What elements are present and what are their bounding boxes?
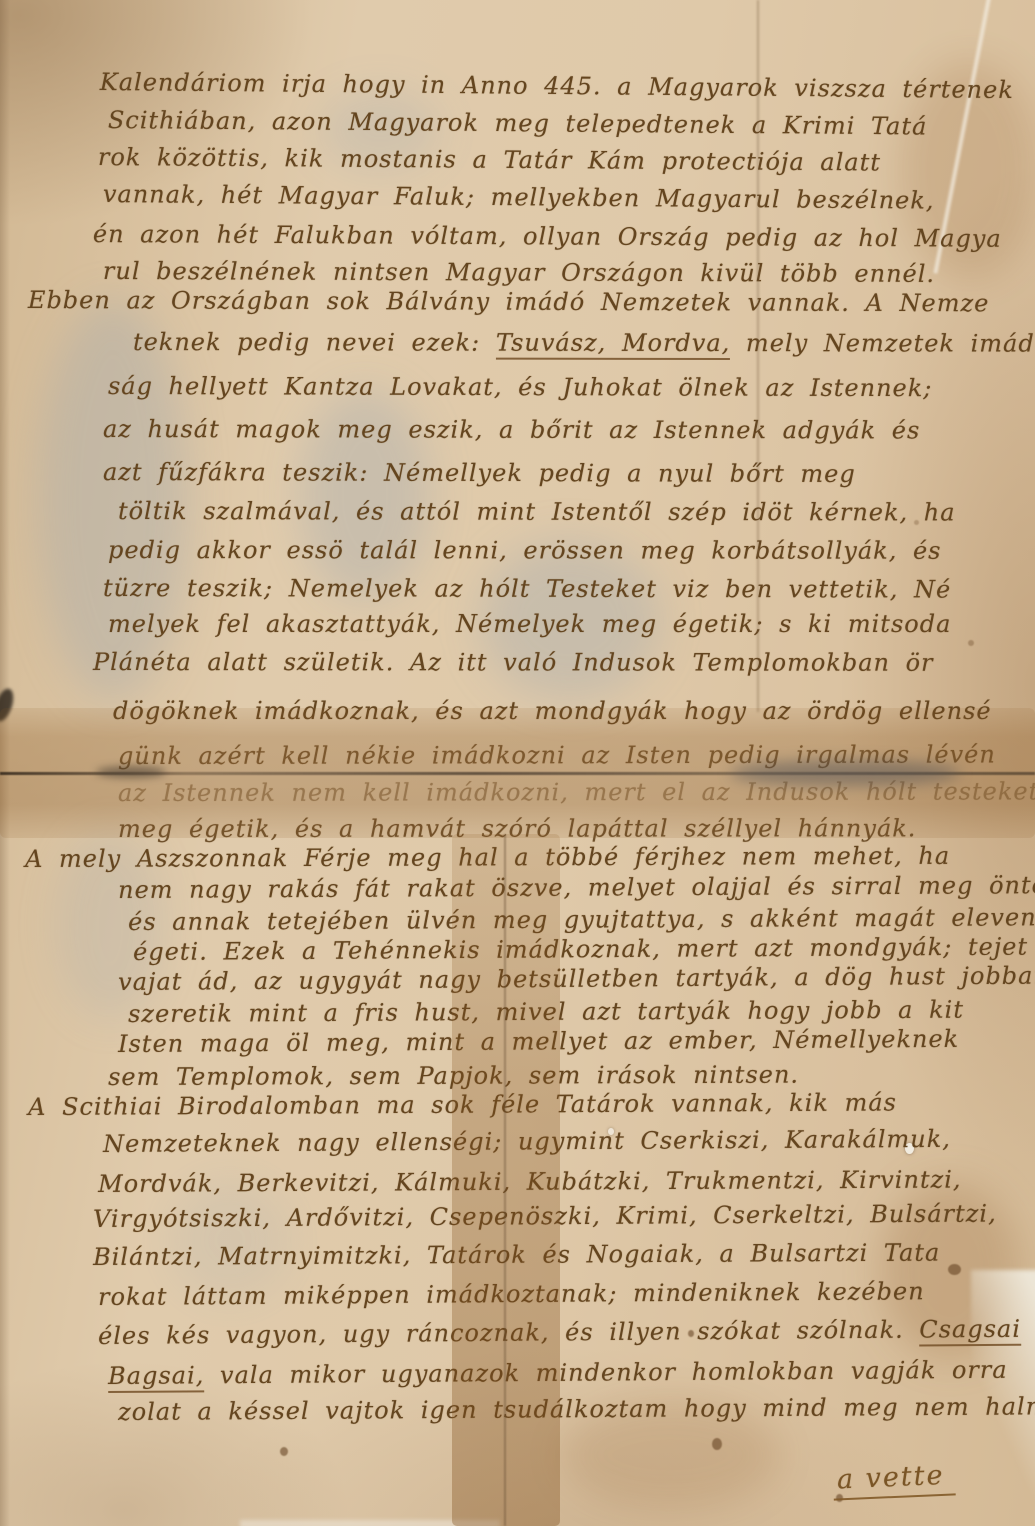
text-segment: rok közöttis, kik mostanis a Tatár Kám p… xyxy=(98,143,881,176)
manuscript-line: Scithiában, azon Magyarok meg telepedten… xyxy=(108,106,928,140)
text-segment: Plánéta alatt születik. Az itt való Indu… xyxy=(93,648,934,677)
crease-smudge xyxy=(96,766,166,778)
text-segment: pedig akkor essö talál lenni, erössen me… xyxy=(108,536,942,565)
text-segment: melyek fel akasztattyák, Némelyek meg ég… xyxy=(108,610,951,638)
manuscript-line: ság hellyett Kantza Lovakat, és Juhokat … xyxy=(108,372,933,402)
text-segment: tüzre teszik; Nemelyek az hólt Testeket … xyxy=(103,574,951,603)
manuscript-line: Kalendáriom irja hogy in Anno 445. a Mag… xyxy=(100,68,1014,104)
text-segment: teknek pedig nevei ezek: xyxy=(133,328,496,357)
manuscript-line: és annak tetejében ülvén meg gyujtattya,… xyxy=(128,903,1035,936)
manuscript-line: zolat a késsel vajtok igen tsudálkoztam … xyxy=(118,1392,1035,1426)
manuscript-line: nem nagy rakás fát rakat öszve, melyet o… xyxy=(118,871,1035,904)
fold-crease-vertical-bottom xyxy=(504,834,506,1526)
text-segment: nem nagy rakás fát rakat öszve, melyet o… xyxy=(118,871,1035,904)
underlined-phrase: Bagsai, xyxy=(108,1361,204,1393)
underlined-phrase: Csagsai xyxy=(919,1315,1021,1347)
crease-smudge xyxy=(730,760,960,786)
manuscript-line: rok közöttis, kik mostanis a Tatár Kám p… xyxy=(98,143,881,176)
tape-strip-vertical xyxy=(452,834,560,1526)
text-segment: rul beszélnének nintsen Magyar Országon … xyxy=(103,257,935,288)
text-segment: ság hellyett Kantza Lovakat, és Juhokat … xyxy=(108,372,933,402)
manuscript-line: pedig akkor essö talál lenni, erössen me… xyxy=(108,536,942,565)
text-segment: az husát magok meg eszik, a bőrit az Ist… xyxy=(103,415,920,444)
text-segment: és annak tetejében ülvén meg gyujtattya,… xyxy=(128,903,1035,936)
text-segment: vannak, hét Magyar Faluk; mellyekben Mag… xyxy=(103,180,935,215)
manuscript-line: az husát magok meg eszik, a bőrit az Ist… xyxy=(103,415,920,444)
signature: a vette xyxy=(832,1459,955,1500)
text-segment: Ebben az Országban sok Bálvány imádó Nem… xyxy=(28,286,989,317)
text-segment: égeti. Ezek a Tehénnekis imádkoznak, mer… xyxy=(133,932,1035,966)
text-segment: vala mikor ugyanazok mindenkor homlokban… xyxy=(204,1356,1007,1390)
manuscript-line: Ebben az Országban sok Bálvány imádó Nem… xyxy=(28,286,989,317)
manuscript-page: Kalendáriom irja hogy in Anno 445. a Mag… xyxy=(0,0,1035,1526)
text-segment: azt fűzfákra teszik: Némellyek pedig a n… xyxy=(103,458,856,488)
manuscript-line: égeti. Ezek a Tehénnekis imádkoznak, mer… xyxy=(133,932,1035,966)
manuscript-line: én azon hét Falukban vóltam, ollyan Orsz… xyxy=(93,220,1002,253)
manuscript-line: vannak, hét Magyar Faluk; mellyekben Mag… xyxy=(103,180,935,215)
fold-crease-vertical-top xyxy=(757,0,759,712)
text-segment: vajat ád, az ugygyát nagy betsülletben t… xyxy=(118,961,1035,996)
text-segment: Kalendáriom irja hogy in Anno 445. a Mag… xyxy=(100,68,1014,104)
manuscript-line: azt fűzfákra teszik: Némellyek pedig a n… xyxy=(103,458,856,488)
text-segment: Scithiában, azon Magyarok meg telepedten… xyxy=(108,106,928,140)
manuscript-line: teknek pedig nevei ezek: Tsuvász, Mordva… xyxy=(133,328,1035,358)
manuscript-line: töltik szalmával, és attól mint Istentől… xyxy=(118,497,956,526)
text-segment: töltik szalmával, és attól mint Istentől… xyxy=(118,497,956,526)
text-segment: én azon hét Falukban vóltam, ollyan Orsz… xyxy=(93,220,1002,253)
manuscript-line: vajat ád, az ugygyát nagy betsülletben t… xyxy=(118,961,1035,996)
underlined-phrase: Tsuvász, Mordva, xyxy=(496,329,731,360)
manuscript-line: rul beszélnének nintsen Magyar Országon … xyxy=(103,257,935,288)
manuscript-line: melyek fel akasztattyák, Némelyek meg ég… xyxy=(108,610,951,638)
manuscript-line: tüzre teszik; Nemelyek az hólt Testeket … xyxy=(103,574,951,603)
text-segment: mely Nemzetek imád xyxy=(730,329,1034,358)
manuscript-line: Plánéta alatt születik. Az itt való Indu… xyxy=(93,648,934,677)
text-segment: zolat a késsel vajtok igen tsudálkoztam … xyxy=(118,1392,1035,1426)
